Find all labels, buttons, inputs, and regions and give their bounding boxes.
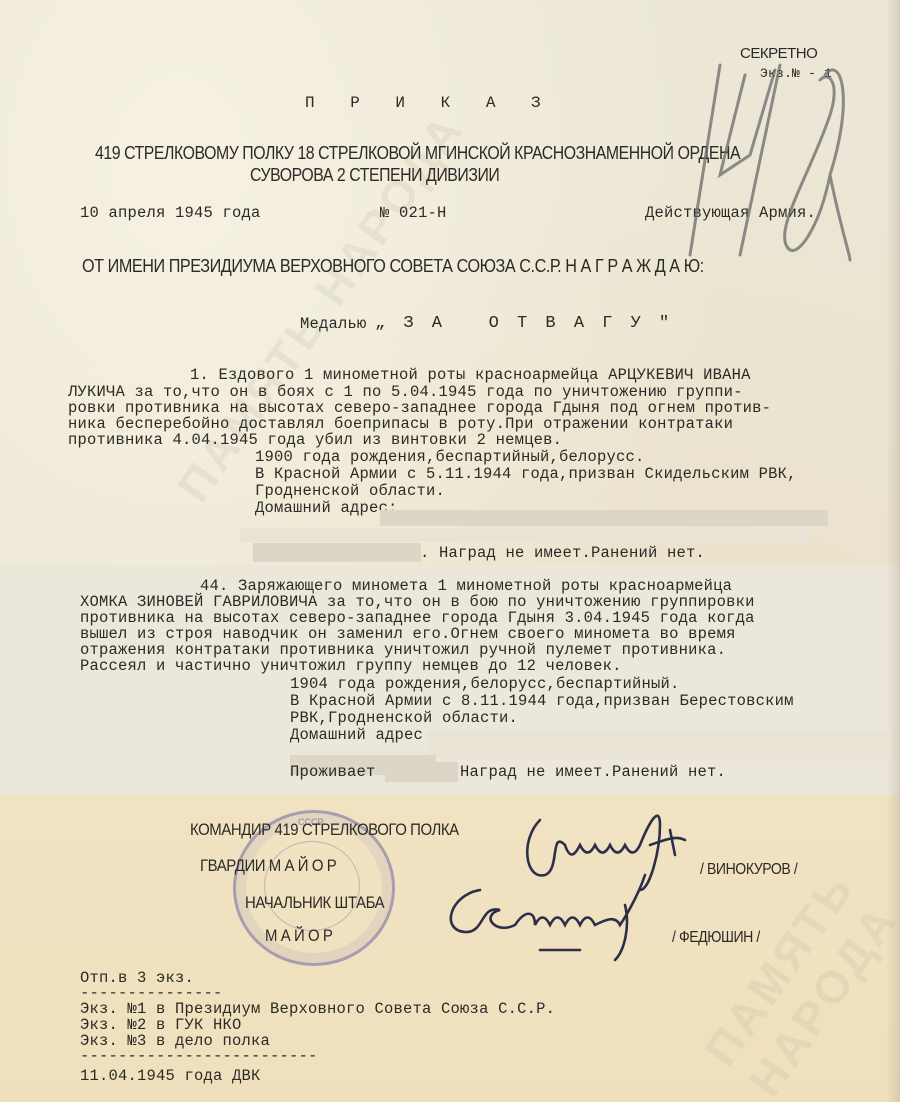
- redacted-address: [380, 510, 828, 526]
- entry-line: вышел из строя наводчик он заменил его.О…: [80, 626, 736, 642]
- entry-line: противника на высотах северо-западнее го…: [80, 610, 755, 626]
- redacted-residence: [253, 543, 421, 562]
- entry-closing: Наград не имеет.Ранений нет.: [460, 764, 726, 780]
- unit-line-1: 419 СТРЕЛКОВОМУ ПОЛКУ 18 СТРЕЛКОВОЙ МГИН…: [95, 145, 740, 161]
- entry-closing: . Наград не имеет.Ранений нет.: [420, 545, 705, 561]
- commander-title: КОМАНДИР 419 СТРЕЛКОВОГО ПОЛКА: [190, 822, 459, 838]
- entry-line: 44. Заряжающего миномета 1 минометной ро…: [200, 578, 732, 594]
- document-title: П Р И К А З: [305, 95, 554, 111]
- entry-line: ника бесперебойно доставлял боеприпасы в…: [68, 416, 733, 432]
- order-date: 10 апреля 1945 года: [80, 205, 261, 221]
- entry-detail: Гродненской области.: [255, 483, 445, 499]
- entry-detail: Домашний адрес: [290, 727, 423, 743]
- commander-rank: ГВАРДИИ М А Й О Р: [200, 858, 336, 874]
- pencil-annotation-icon: [680, 55, 860, 265]
- decree-line: ОТ ИМЕНИ ПРЕЗИДИУМА ВЕРХОВНОГО СОВЕТА СО…: [82, 258, 704, 274]
- separator: ---------------: [80, 985, 223, 1001]
- entry-line: ровки противника на высотах северо-запад…: [68, 400, 771, 416]
- residence-label: Проживает: [290, 764, 376, 780]
- entry-detail: Домашний адрес:: [255, 500, 398, 516]
- redacted-address: [240, 528, 810, 542]
- entry-line: отражения контратаки противника уничтожи…: [80, 642, 726, 658]
- medal-prefix: Медалью: [300, 316, 367, 332]
- entry-detail: 1900 года рождения,беспартийный,белорусс…: [255, 449, 645, 465]
- redacted-residence: [385, 762, 458, 782]
- entry-line: противника 4.04.1945 года убил из винтов…: [68, 432, 562, 448]
- entry-detail: В Красной Армии с 8.11.1944 года,призван…: [290, 693, 794, 709]
- entry-line: 1. Ездового 1 минометной роты красноарме…: [190, 367, 751, 383]
- entry-detail: В Красной Армии с 5.11.1944 года,призван…: [255, 466, 797, 482]
- entry-detail: РВК,Гродненской области.: [290, 710, 518, 726]
- chief-name: / ФЕДЮШИН /: [672, 930, 760, 946]
- chief-title: НАЧАЛЬНИК ШТАБА: [245, 895, 384, 911]
- chief-signature-icon: [440, 870, 680, 965]
- entry-line: ХОМКА ЗИНОВЕЙ ГАВРИЛОВИЧА за то,что он в…: [80, 594, 755, 610]
- distribution-item: Экз. №2 в ГУК НКО: [80, 1017, 242, 1033]
- separator: -------------------------: [80, 1048, 318, 1064]
- commander-name: / ВИНОКУРОВ /: [700, 862, 797, 878]
- entry-line: ЛУКИЧА за то,что он в боях с 1 по 5.04.1…: [68, 384, 743, 400]
- redacted-address: [428, 731, 890, 759]
- entry-line: Рассеял и частично уничтожил группу немц…: [80, 658, 622, 674]
- unit-line-2: СУВОРОВА 2 СТЕПЕНИ ДИВИЗИИ: [250, 167, 499, 183]
- medal-name: „ З А О Т В А Г У ": [375, 316, 673, 332]
- order-number: № 021-Н: [380, 205, 447, 221]
- entry-detail: 1904 года рождения,белорусс,беспартийный…: [290, 676, 680, 692]
- distribution-footer: 11.04.1945 года ДВК: [80, 1068, 261, 1084]
- distribution-item: Экз. №1 в Президиум Верховного Совета Со…: [80, 1001, 555, 1017]
- chief-rank: М А Й О Р: [265, 928, 332, 944]
